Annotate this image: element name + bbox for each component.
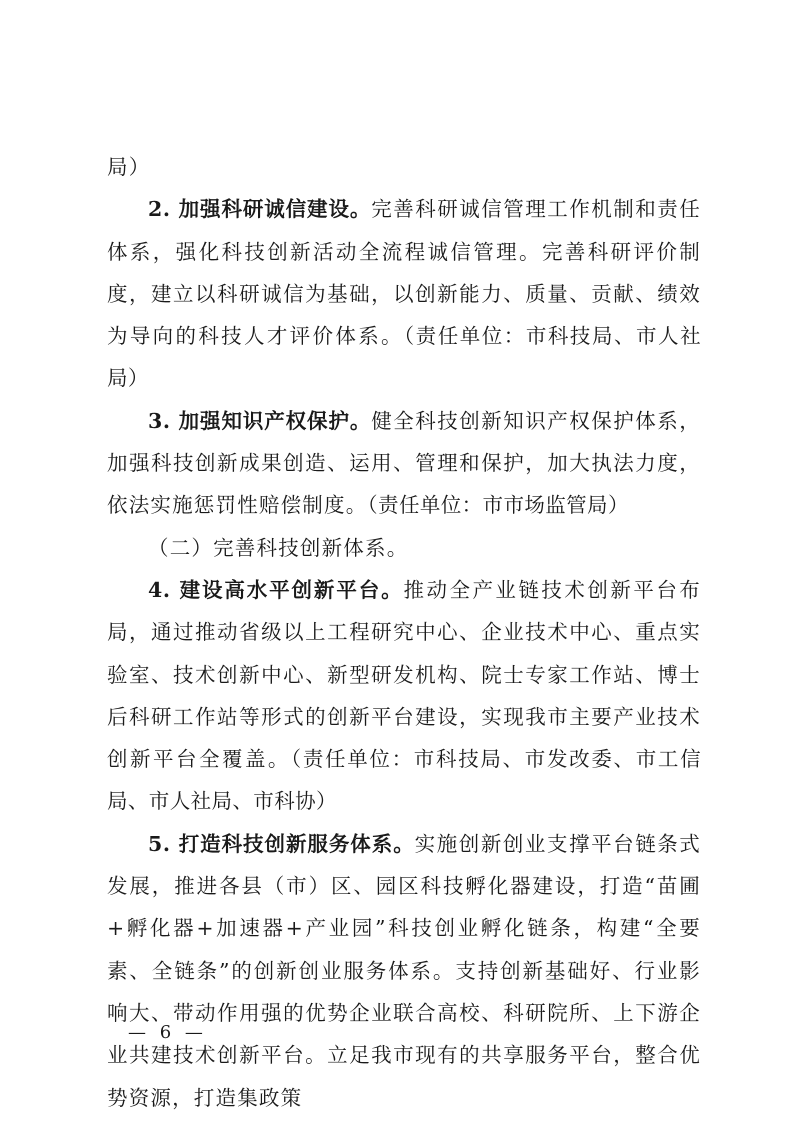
item-heading: 加强科研诚信建设。 xyxy=(179,197,372,221)
item-heading: 打造科技创新服务体系。 xyxy=(179,832,415,856)
paragraph-item-2: 2. 加强科研诚信建设。完善科研诚信管理工作机制和责任体系，强化科技创新活动全流… xyxy=(107,188,701,399)
document-body: 局） 2. 加强科研诚信建设。完善科研诚信管理工作机制和责任体系，强化科技创新活… xyxy=(107,146,701,1119)
page-number: — 6 — xyxy=(128,1022,207,1043)
item-number: 2. xyxy=(148,197,171,221)
item-body: 实施创新创业支撑平台链条式发展，推进各县（市）区、园区科技孵化器建设，打造“苗圃… xyxy=(107,832,701,1110)
responsibility-units: （责任单位：市市场监管局） xyxy=(367,493,628,517)
item-heading: 加强知识产权保护。 xyxy=(179,409,372,433)
item-number: 5. xyxy=(148,832,171,856)
paragraph-item-3: 3. 加强知识产权保护。健全科技创新知识产权保护体系，加强科技创新成果创造、运用… xyxy=(107,400,701,527)
paragraph-item-4: 4. 建设高水平创新平台。推动全产业链技术创新平台布局，通过推动省级以上工程研究… xyxy=(107,569,701,823)
item-heading: 建设高水平创新平台。 xyxy=(180,578,404,602)
section-heading: （二）完善科技创新体系。 xyxy=(107,527,701,569)
section-heading-text: （二）完善科技创新体系。 xyxy=(148,536,408,560)
item-number: 4. xyxy=(148,578,171,602)
continuation-label: 局） xyxy=(107,155,150,179)
item-body: 推动全产业链技术创新平台布局，通过推动省级以上工程研究中心、企业技术中心、重点实… xyxy=(107,578,701,771)
paragraph-item-5: 5. 打造科技创新服务体系。实施创新创业支撑平台链条式发展，推进各县（市）区、园… xyxy=(107,823,701,1119)
document-page: 局） 2. 加强科研诚信建设。完善科研诚信管理工作机制和责任体系，强化科技创新活… xyxy=(0,0,793,1122)
item-number: 3. xyxy=(148,409,171,433)
continuation-text: 局） xyxy=(107,146,701,188)
